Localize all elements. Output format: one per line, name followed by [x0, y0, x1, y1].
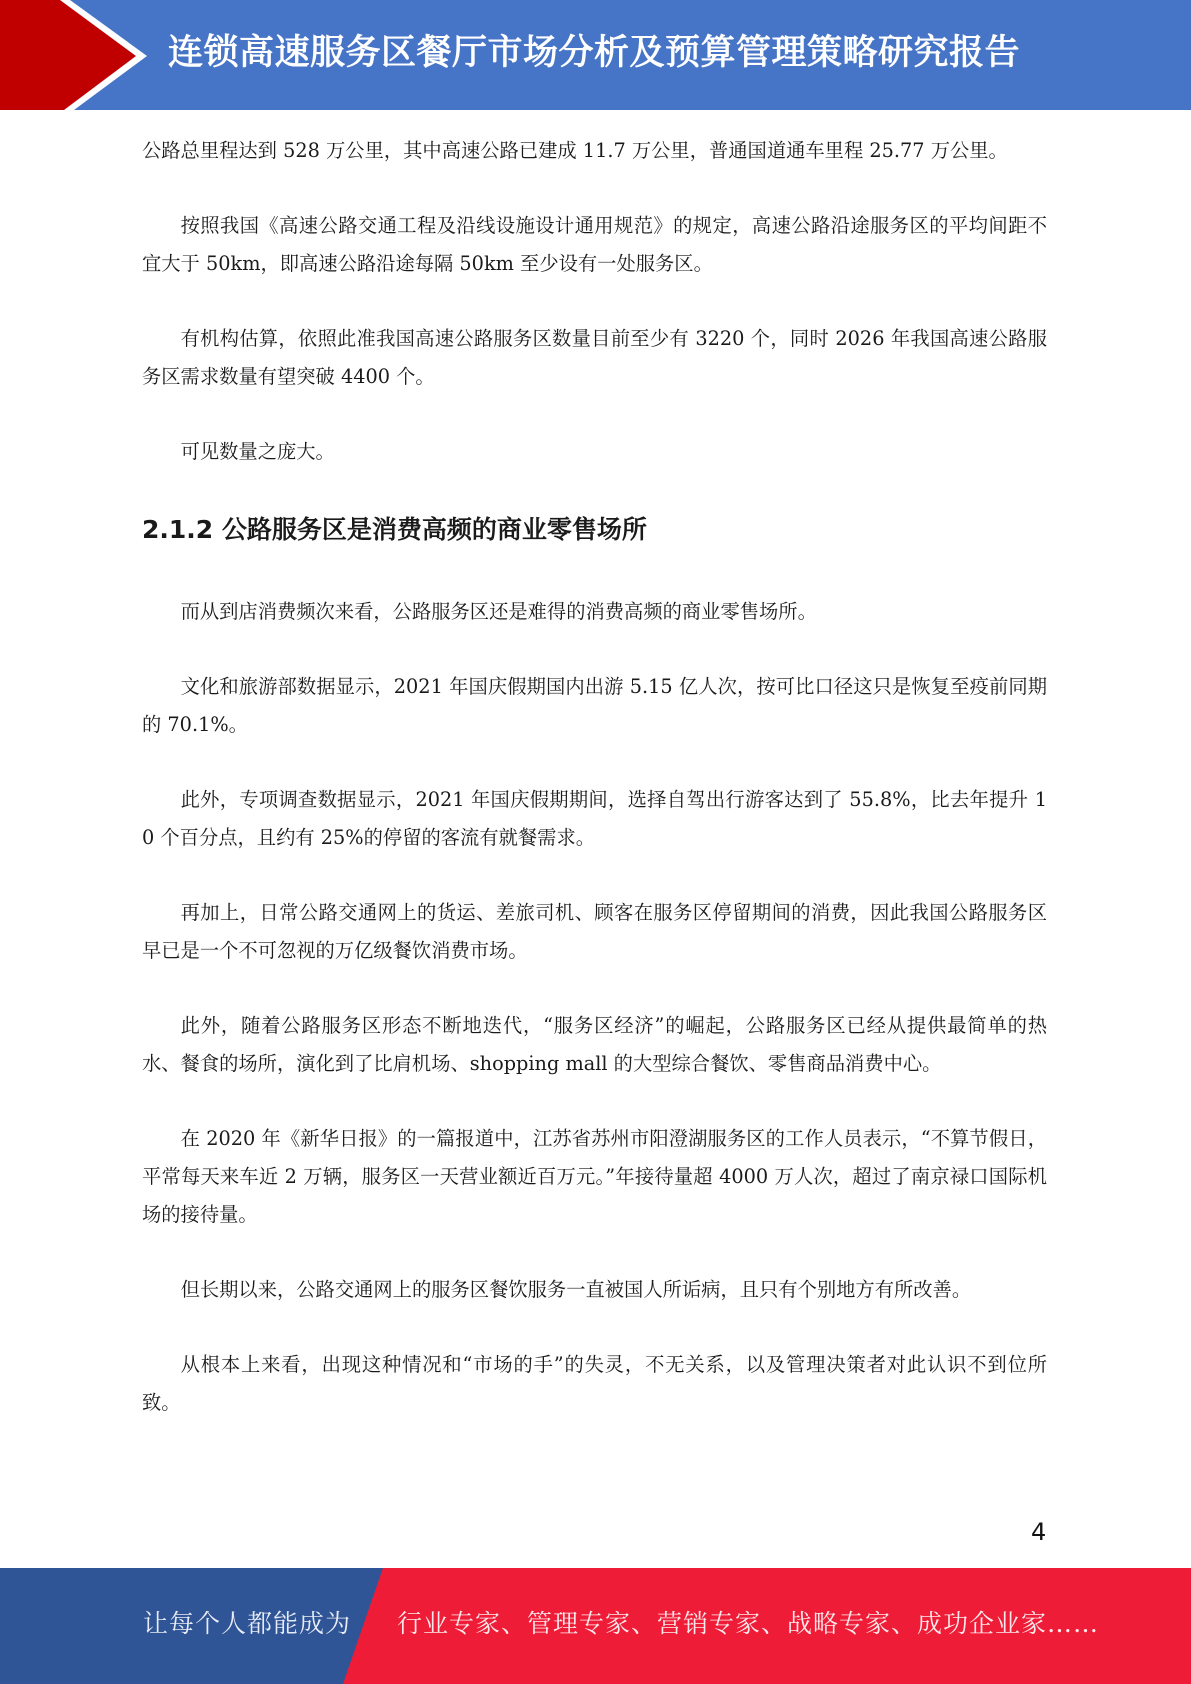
paragraph: 在 2020 年《新华日报》的一篇报道中，江苏省苏州市阳澄湖服务区的工作人员表示…: [142, 1120, 1047, 1234]
paragraph: 此外，专项调查数据显示，2021 年国庆假期期间，选择自驾出行游客达到了 55.…: [142, 781, 1047, 857]
footer-slogan-left: 让每个人都能成为: [143, 1604, 351, 1640]
document-title: 连锁高速服务区餐厅市场分析及预算管理策略研究报告: [168, 28, 1020, 78]
paragraph: 公路总里程达到 528 万公里，其中高速公路已建成 11.7 万公里，普通国道通…: [142, 132, 1047, 170]
page-header: 连锁高速服务区餐厅市场分析及预算管理策略研究报告: [0, 0, 1191, 110]
paragraph: 可见数量之庞大。: [142, 433, 1047, 471]
section-heading: 2.1.2 公路服务区是消费高频的商业零售场所: [142, 508, 1047, 550]
paragraph: 而从到店消费频次来看，公路服务区还是难得的消费高频的商业零售场所。: [142, 593, 1047, 631]
paragraph: 此外，随着公路服务区形态不断地迭代，“服务区经济”的崛起，公路服务区已经从提供最…: [142, 1007, 1047, 1083]
paragraph: 再加上，日常公路交通网上的货运、差旅司机、顾客在服务区停留期间的消费，因此我国公…: [142, 894, 1047, 970]
paragraph: 从根本上来看，出现这种情况和“市场的手”的失灵，不无关系，以及管理决策者对此认识…: [142, 1346, 1047, 1422]
paragraph: 按照我国《高速公路交通工程及沿线设施设计通用规范》的规定，高速公路沿途服务区的平…: [142, 207, 1047, 283]
paragraph: 有机构估算，依照此准我国高速公路服务区数量目前至少有 3220 个，同时 202…: [142, 320, 1047, 396]
page-number: 4: [1031, 1518, 1046, 1546]
paragraph: 但长期以来，公路交通网上的服务区餐饮服务一直被国人所诟病，且只有个别地方有所改善…: [142, 1271, 1047, 1309]
footer-slogan-right: 行业专家、管理专家、营销专家、战略专家、成功企业家……: [397, 1604, 1099, 1640]
page-footer: 让每个人都能成为 行业专家、管理专家、营销专家、战略专家、成功企业家……: [0, 1568, 1191, 1684]
document-body: 公路总里程达到 528 万公里，其中高速公路已建成 11.7 万公里，普通国道通…: [142, 132, 1047, 1459]
paragraph: 文化和旅游部数据显示，2021 年国庆假期国内出游 5.15 亿人次，按可比口径…: [142, 668, 1047, 744]
